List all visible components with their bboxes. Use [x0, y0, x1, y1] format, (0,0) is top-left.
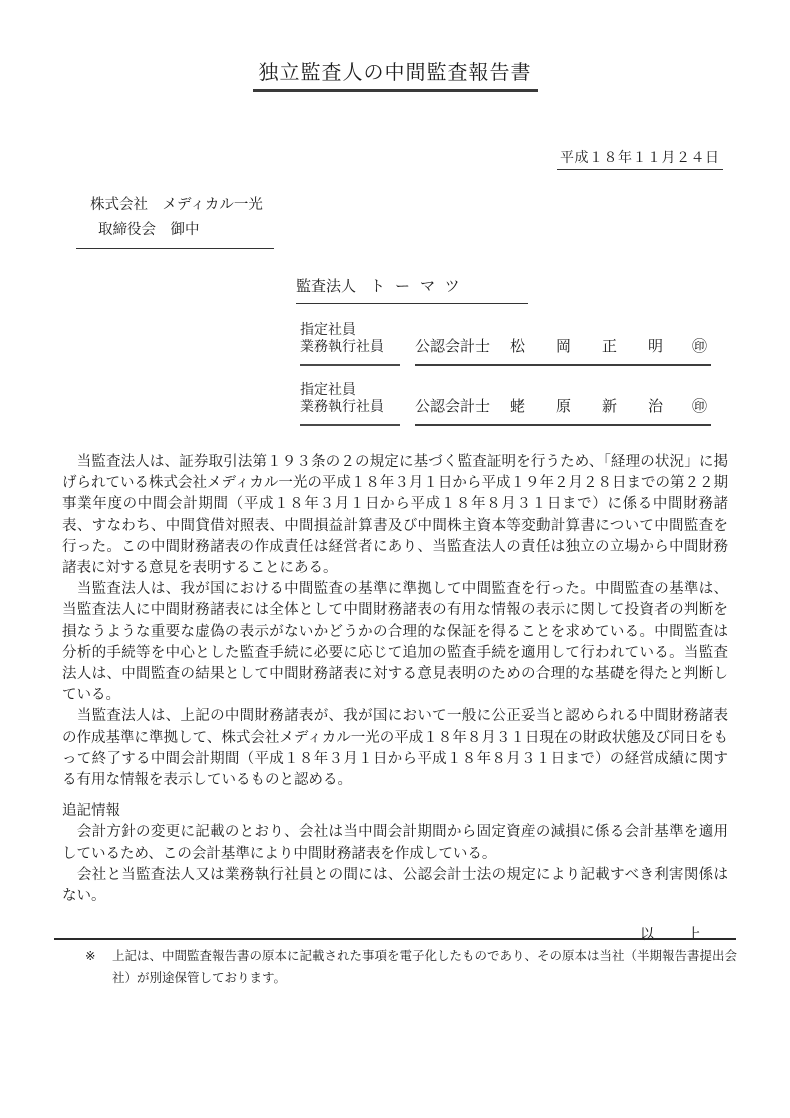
- supplementary-heading: 追記情報: [62, 801, 728, 822]
- supplementary-paragraph: 会計方針の変更に記載のとおり、会社は当中間会計期間から固定資産の減損に係る会計基…: [62, 822, 728, 864]
- footnote-text: 上記は、中間監査報告書の原本に記載された事項を電子化したものであり、その原本は当…: [112, 946, 737, 989]
- signatory-role: 指定社員 業務執行社員: [300, 382, 400, 426]
- body-paragraph-scope: 当監査法人は、証券取引法第１９３条の２の規定に基づく監査証明を行うため、「経理の…: [62, 452, 728, 579]
- signatory-role-line1: 指定社員: [300, 382, 400, 399]
- body-paragraph-standards: 当監査法人は、我が国における中間監査の基準に準拠して中間監査を行った。中間監査の…: [62, 579, 728, 706]
- footer-divider: [54, 938, 736, 940]
- audit-firm-label: 監査法人: [296, 279, 356, 295]
- audit-firm-line: 監査法人トーマツ: [296, 277, 528, 304]
- seal-icon: ㊞: [692, 395, 707, 416]
- report-date: 平成１８年１１月２４日: [557, 147, 723, 170]
- addressee-block: 株式会社 メディカル一光 取締役会 御中: [76, 193, 274, 249]
- signatory-role: 指定社員 業務執行社員: [300, 322, 400, 366]
- title-container: 独立監査人の中間監査報告書: [0, 56, 790, 92]
- addressee-company: 株式会社 メディカル一光: [76, 193, 274, 218]
- signatory-role-line2: 業務執行社員: [300, 339, 400, 356]
- body-paragraph-opinion: 当監査法人は、上記の中間財務諸表が、我が国において一般に公正妥当と認められる中間…: [62, 706, 728, 791]
- closing-mark: 以 上: [62, 925, 728, 946]
- footnote: ※ 上記は、中間監査報告書の原本に記載された事項を電子化したものであり、その原本…: [85, 946, 737, 989]
- document-title: 独立監査人の中間監査報告書: [253, 56, 538, 92]
- signatory-block-1: 指定社員 業務執行社員 公認会計士 松 岡 正 明 ㊞: [300, 322, 711, 366]
- signatory-role-line2: 業務執行社員: [300, 399, 400, 416]
- supplementary-section: 追記情報 会計方針の変更に記載のとおり、会社は当中間会計期間から固定資産の減損に…: [62, 801, 728, 865]
- seal-icon: ㊞: [692, 335, 707, 356]
- addressee-board: 取締役会 御中: [76, 218, 274, 243]
- signatory-block-2: 指定社員 業務執行社員 公認会計士 蛯 原 新 治 ㊞: [300, 382, 711, 426]
- interest-statement: 会社と当監査法人又は業務執行社員との間には、公認会計士法の規定により記載すべき利…: [62, 865, 728, 907]
- audit-firm-name: トーマツ: [370, 279, 470, 295]
- audit-report-page: 独立監査人の中間監査報告書 平成１８年１１月２４日 株式会社 メディカル一光 取…: [0, 0, 790, 1118]
- signatory-name-line: 公認会計士 蛯 原 新 治 ㊞: [415, 395, 711, 426]
- footnote-marker: ※: [85, 946, 112, 989]
- signatory-name-line: 公認会計士 松 岡 正 明 ㊞: [415, 335, 711, 366]
- signatory-title: 公認会計士: [415, 335, 490, 356]
- signatory-role-line1: 指定社員: [300, 322, 400, 339]
- report-body: 当監査法人は、証券取引法第１９３条の２の規定に基づく監査証明を行うため、「経理の…: [62, 452, 728, 946]
- signatory-name: 蛯 原 新 治: [510, 395, 671, 416]
- signatory-title: 公認会計士: [415, 395, 490, 416]
- signatory-name: 松 岡 正 明: [510, 335, 671, 356]
